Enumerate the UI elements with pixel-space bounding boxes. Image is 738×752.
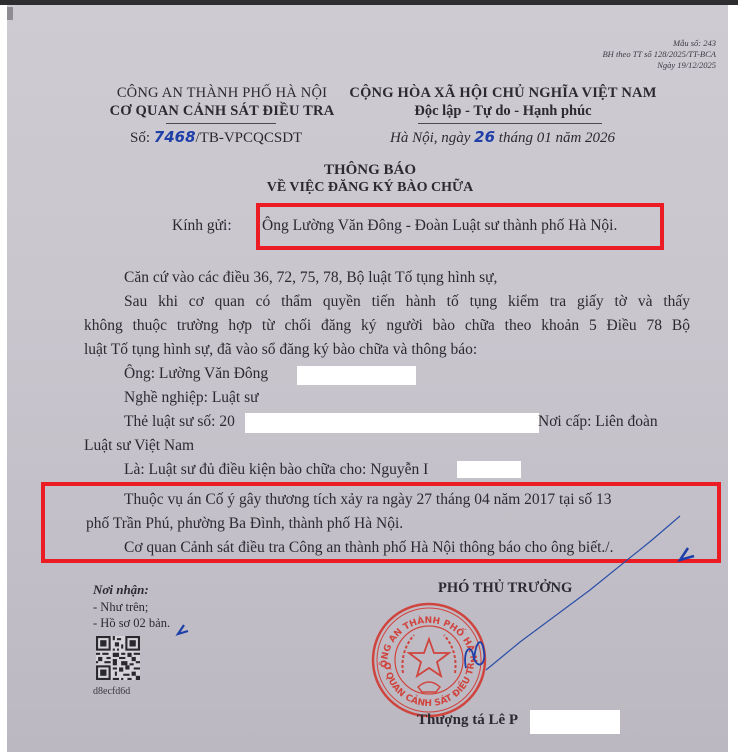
signer-name: Thượng tá Lê P [417, 712, 518, 729]
redaction-signer-name [530, 710, 620, 734]
signature-stroke-icon [0, 0, 738, 752]
